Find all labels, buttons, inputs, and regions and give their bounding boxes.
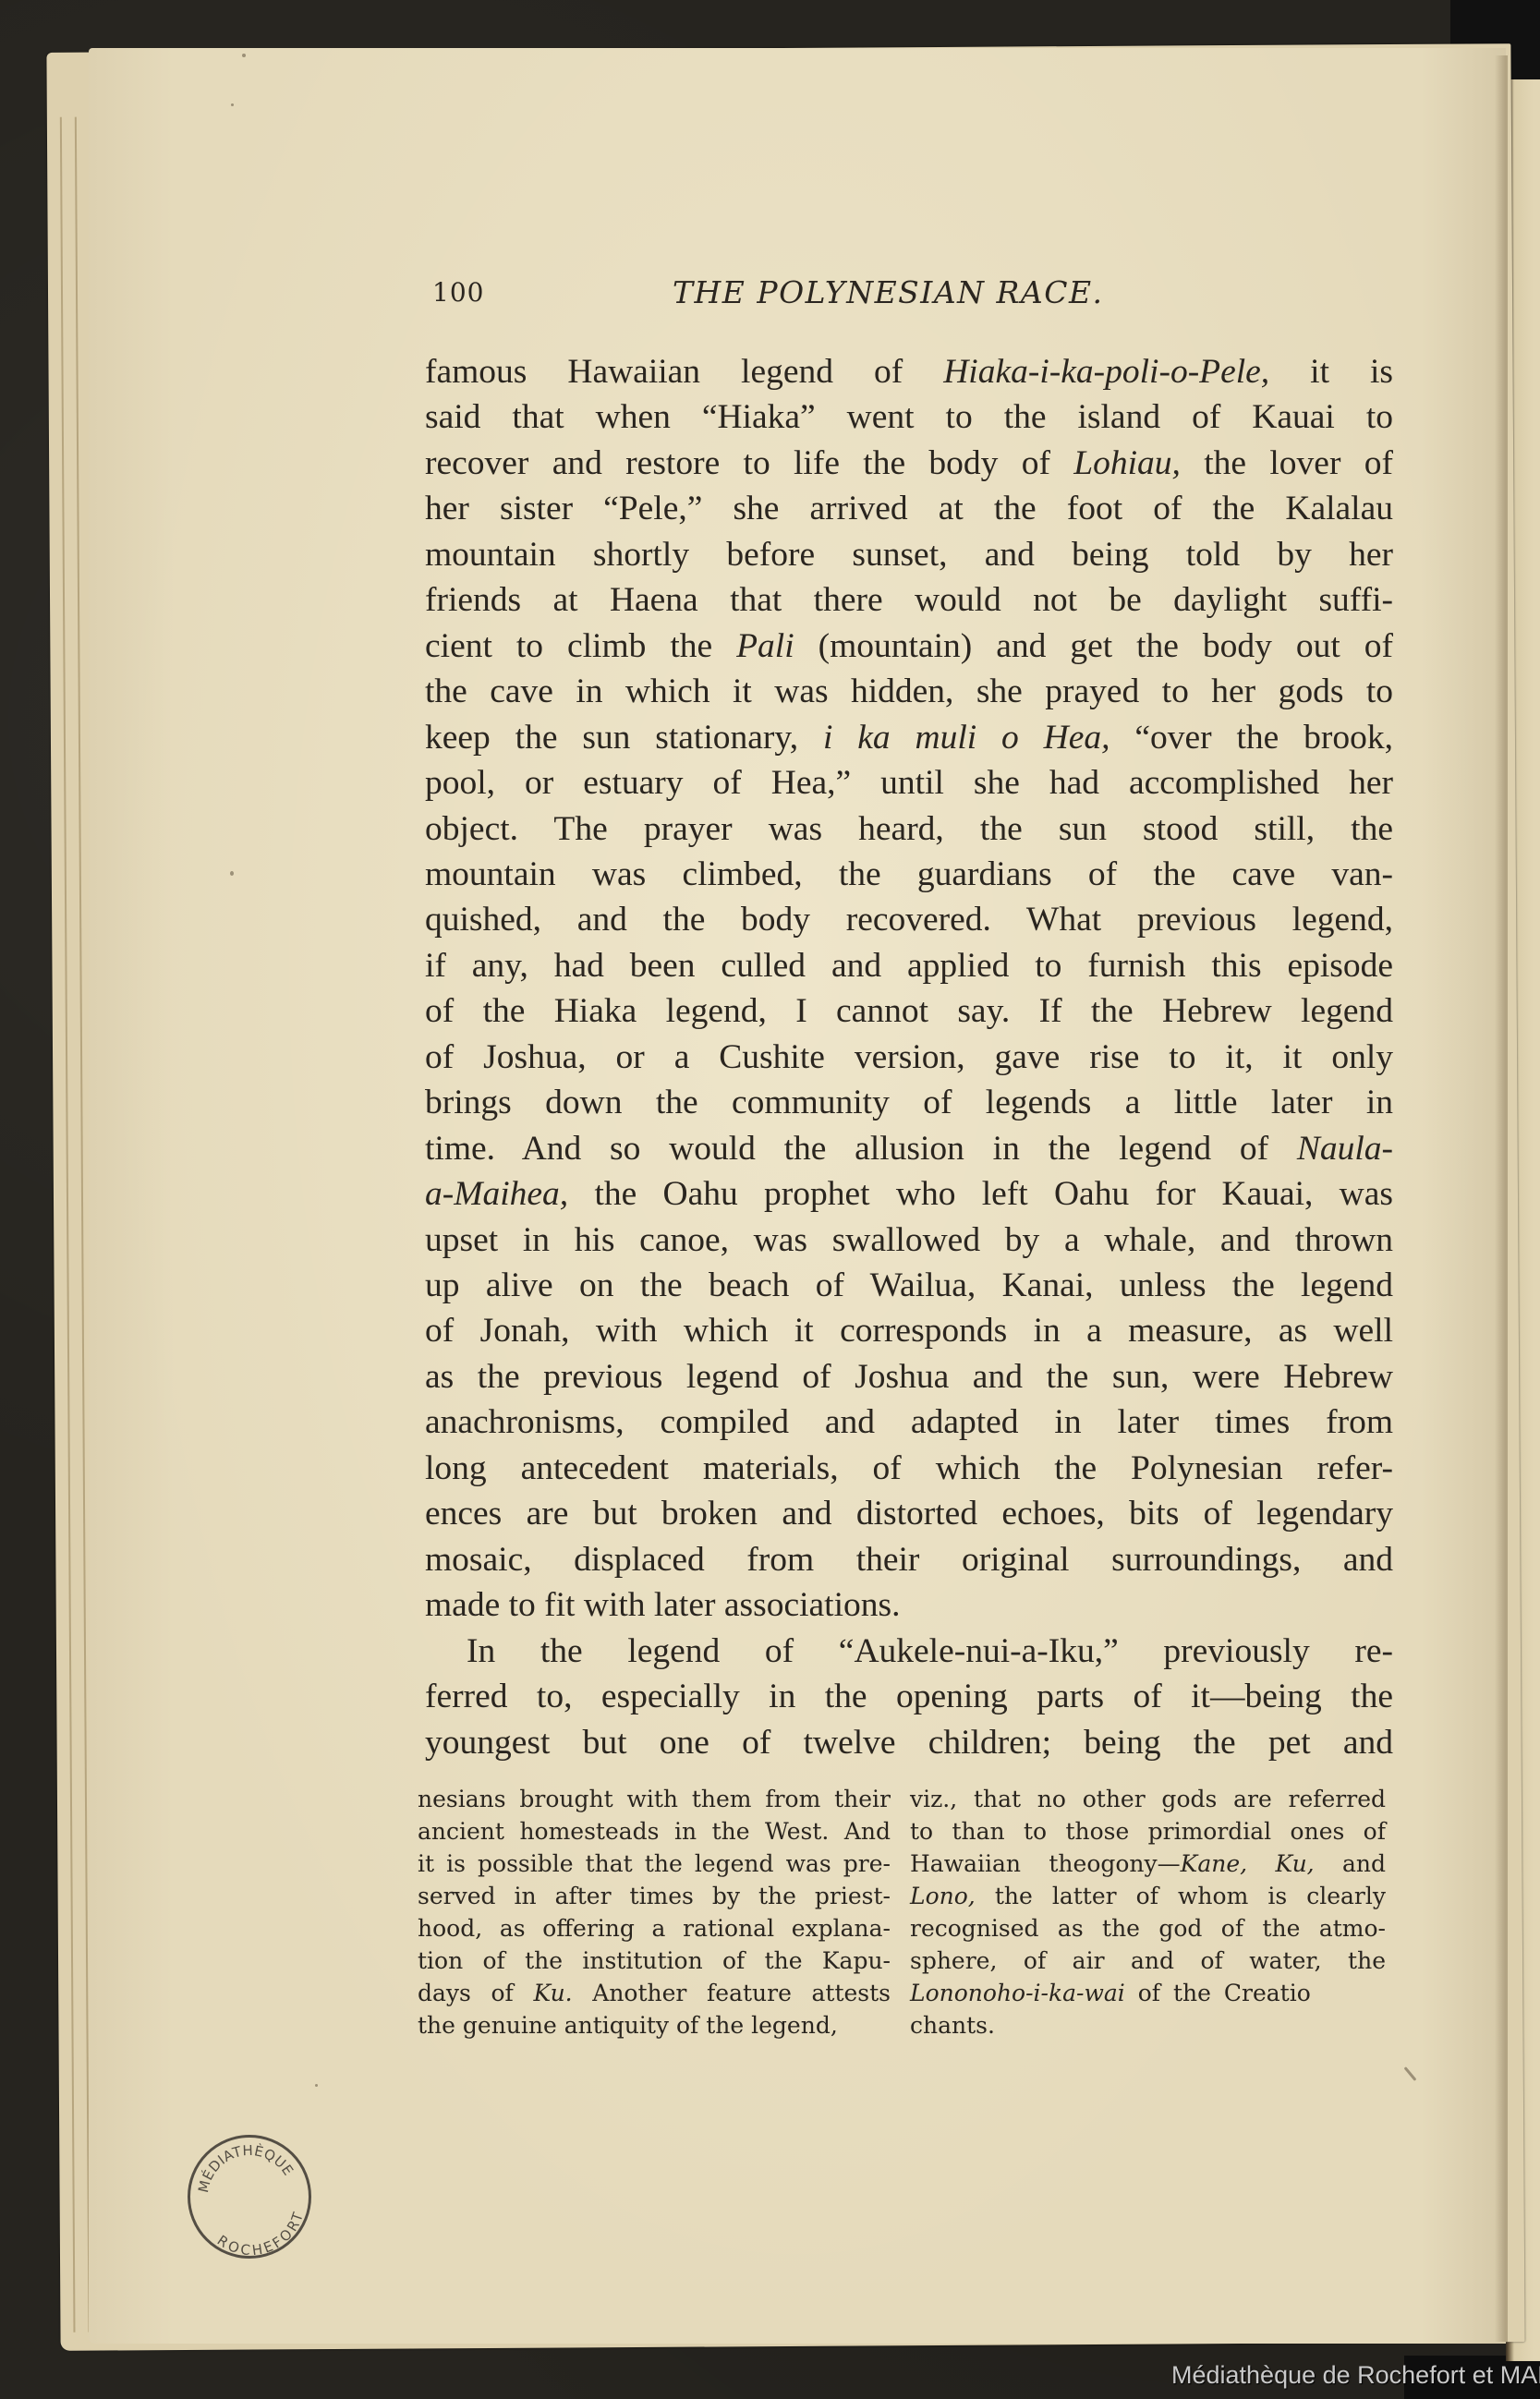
footnote-column-left: nesians brought with them from theiranci… (418, 1783, 891, 2042)
body-text-run: said that when “Hiaka” went to the islan… (425, 398, 1393, 436)
footnote-line: nesians brought with them from their (418, 1783, 891, 1815)
body-text-run: cient to climb the (425, 627, 736, 665)
footnote-text-run: recognised as the god of the atmo- (910, 1915, 1386, 1942)
body-text-run: if any, had been culled and applied to f… (425, 947, 1393, 985)
footnote-line: tion of the institution of the Kapu- (418, 1945, 891, 1977)
body-line: of Jonah, with which it corresponds in a… (425, 1310, 1393, 1352)
body-text-run: upset in his canoe, was swallowed by a w… (425, 1221, 1393, 1259)
running-head-title: THE POLYNESIAN RACE. (673, 274, 1104, 311)
body-text-run: mountain shortly before sunset, and bein… (425, 536, 1393, 574)
body-line: upset in his canoe, was swallowed by a w… (425, 1219, 1393, 1262)
footnote-line: served in after times by the priest- (418, 1880, 891, 1912)
footnote-text-run: and (1315, 1850, 1386, 1877)
body-text-run: of Joshua, or a Cushite version, gave ri… (425, 1038, 1393, 1076)
paper-speck (231, 103, 234, 106)
body-line: object. The prayer was heard, the sun st… (425, 808, 1393, 851)
footnote-text-run: Another feature attests (573, 1980, 891, 2006)
stamp-ring-text: MÉDIATHÈQUE ROCHEFORT (188, 2135, 311, 2259)
body-text-run: long antecedent materials, of which the … (425, 1449, 1393, 1487)
italic-term: i ka muli o Hea, (823, 719, 1110, 757)
body-text-run: In the legend of “Aukele-nui-a-Iku,” pre… (467, 1632, 1393, 1670)
body-text-run: her sister “Pele,” she arrived at the fo… (425, 490, 1393, 527)
body-line: time. And so would the allusion in the l… (425, 1128, 1393, 1170)
body-text-run: the lover of (1181, 444, 1393, 482)
footnote-text-run: served in after times by the priest- (418, 1883, 891, 1909)
page-edge-line (75, 117, 91, 2332)
footnote-line: to than to those primordial ones of (910, 1815, 1386, 1848)
footnote-text-run: it is possible that the legend was pre- (418, 1850, 891, 1877)
footnote-line: hood, as offering a rational explana- (418, 1912, 891, 1945)
body-line: a-Maihea, the Oahu prophet who left Oahu… (425, 1173, 1393, 1216)
italic-term: Lono, (910, 1883, 976, 1909)
footnote-text-run: chants. (910, 2012, 995, 2039)
body-line: of Joshua, or a Cushite version, gave ri… (425, 1036, 1393, 1079)
footnote-text-run: sphere, of air and of water, the (910, 1947, 1386, 1974)
body-line: In the legend of “Aukele-nui-a-Iku,” pre… (425, 1630, 1393, 1673)
body-text-run: it is (1269, 353, 1393, 391)
body-line: ferred to, especially in the opening par… (425, 1676, 1393, 1718)
italic-term: Pali (736, 627, 794, 665)
footnote-text-run: viz., that no other gods are referred (910, 1786, 1386, 1812)
footnote-column-right: viz., that no other gods are referredto … (910, 1783, 1386, 2042)
footnote-line: recognised as the god of the atmo- (910, 1912, 1386, 1945)
body-text-run: famous Hawaiian legend of (425, 353, 943, 391)
body-line: mountain shortly before sunset, and bein… (425, 534, 1393, 576)
body-line: ences are but broken and distorted echoe… (425, 1493, 1393, 1535)
body-text-run: youngest but one of twelve children; bei… (425, 1724, 1393, 1762)
footnote-line: ancient homesteads in the West. And (418, 1815, 891, 1848)
footnote-text-run: the latter of whom is clearly (976, 1883, 1386, 1909)
svg-text:ROCHEFORT: ROCHEFORT (211, 2206, 311, 2259)
stamp-bottom-text: ROCHEFORT (211, 2206, 311, 2259)
footnote-line: the genuine antiquity of the legend, (418, 2009, 891, 2042)
watermark-credit: Médiathèque de Rochefort et MAP (1171, 2361, 1540, 2390)
body-line: mountain was climbed, the guardians of t… (425, 854, 1393, 896)
body-text-run: the Oahu prophet who left Oahu for Kauai… (568, 1175, 1393, 1213)
page-edge-line (60, 117, 76, 2332)
italic-term: Naula- (1297, 1130, 1393, 1168)
gutter-shadow (1495, 55, 1508, 2342)
italic-term: Ku. (533, 1980, 572, 2006)
footnote-text-run: nesians brought with them from their (418, 1786, 891, 1812)
italic-term: Kane, Ku, (1181, 1850, 1315, 1877)
svg-text:MÉDIATHÈQUE: MÉDIATHÈQUE (188, 2135, 298, 2198)
body-text-run: brings down the community of legends a l… (425, 1084, 1393, 1121)
footnote-text-run: to than to those primordial ones of (910, 1818, 1386, 1845)
paper-speck (315, 2084, 318, 2087)
body-text-run: keep the sun stationary, (425, 719, 823, 757)
body-line: up alive on the beach of Wailua, Kanai, … (425, 1265, 1393, 1307)
body-text-run: quished, and the body recovered. What pr… (425, 901, 1393, 939)
stamp-top-text: MÉDIATHÈQUE (188, 2135, 298, 2198)
body-line: cient to climb the Pali (mountain) and g… (425, 625, 1393, 668)
library-stamp: MÉDIATHÈQUE ROCHEFORT (188, 2135, 311, 2259)
body-line: friends at Haena that there would not be… (425, 579, 1393, 622)
body-line: anachronisms, compiled and adapted in la… (425, 1401, 1393, 1444)
paper-speck (230, 871, 234, 876)
footnote-text-run: hood, as offering a rational explana- (418, 1915, 891, 1942)
footnote-line: chants. (910, 2009, 1386, 2042)
footnote-text-run: ancient homesteads in the West. And (418, 1818, 891, 1845)
body-line: of the Hiaka legend, I cannot say. If th… (425, 990, 1393, 1033)
body-text-run: up alive on the beach of Wailua, Kanai, … (425, 1266, 1393, 1304)
body-line: mosaic, displaced from their original su… (425, 1539, 1393, 1581)
body-line: recover and restore to life the body of … (425, 442, 1393, 485)
body-text-run: mosaic, displaced from their original su… (425, 1541, 1393, 1579)
body-text-run: object. The prayer was heard, the sun st… (425, 810, 1393, 848)
body-text-run: ences are but broken and distorted echoe… (425, 1495, 1393, 1533)
body-line: her sister “Pele,” she arrived at the fo… (425, 488, 1393, 530)
body-text-run: (mountain) and get the body out of (794, 627, 1393, 665)
footnote-line: Hawaiian theogony—Kane, Ku, and (910, 1848, 1386, 1880)
footnote-text-run: tion of the institution of the Kapu- (418, 1947, 891, 1974)
italic-term: Lohiau, (1073, 444, 1181, 482)
body-line: made to fit with later associations. (425, 1584, 1393, 1627)
body-text-run: ferred to, especially in the opening par… (425, 1678, 1393, 1715)
footnote-text-run: the genuine antiquity of the legend, (418, 2012, 838, 2039)
footnote-text-run: of the Creatio (1125, 1980, 1311, 2006)
footnote-line: Lono, the latter of whom is clearly (910, 1880, 1386, 1912)
italic-term: a-Maihea, (425, 1175, 568, 1213)
body-text-run: of Jonah, with which it corresponds in a… (425, 1312, 1393, 1350)
page-number: 100 (432, 277, 484, 314)
body-text-run: time. And so would the allusion in the l… (425, 1130, 1297, 1168)
footnote-line: sphere, of air and of water, the (910, 1945, 1386, 1977)
body-text-run: friends at Haena that there would not be… (425, 581, 1393, 619)
italic-term: Hiaka-i-ka-poli-o-Pele, (943, 353, 1269, 391)
body-line: said that when “Hiaka” went to the islan… (425, 396, 1393, 439)
body-line: the cave in which it was hidden, she pra… (425, 671, 1393, 713)
body-text-run: recover and restore to life the body of (425, 444, 1073, 482)
footnote-line: days of Ku. Another feature attests (418, 1977, 891, 2009)
body-text-run: anachronisms, compiled and adapted in la… (425, 1403, 1393, 1441)
italic-term: Lononoho-i-ka-wai (910, 1980, 1125, 2006)
footnote-text-run: days of (418, 1980, 533, 2006)
body-line: pool, or estuary of Hea,” until she had … (425, 762, 1393, 805)
body-line: long antecedent materials, of which the … (425, 1448, 1393, 1490)
footnote-line: it is possible that the legend was pre- (418, 1848, 891, 1880)
body-line: youngest but one of twelve children; bei… (425, 1722, 1393, 1764)
body-text-run: “over the brook, (1110, 719, 1393, 757)
body-line: famous Hawaiian legend of Hiaka-i-ka-pol… (425, 351, 1393, 394)
body-line: as the previous legend of Joshua and the… (425, 1356, 1393, 1399)
paper-speck (242, 54, 246, 57)
body-line: brings down the community of legends a l… (425, 1082, 1393, 1124)
footnote-text-run: Hawaiian theogony— (910, 1850, 1181, 1877)
footnote-line: Lononoho-i-ka-wai of the Creatio (910, 1977, 1386, 2009)
body-line: keep the sun stationary, i ka muli o Hea… (425, 717, 1393, 759)
body-text-run: made to fit with later associations. (425, 1586, 900, 1624)
body-text-run: the cave in which it was hidden, she pra… (425, 672, 1393, 710)
body-text-run: as the previous legend of Joshua and the… (425, 1358, 1393, 1396)
footnote-line: viz., that no other gods are referred (910, 1783, 1386, 1815)
body-text-run: mountain was climbed, the guardians of t… (425, 855, 1393, 893)
body-text-run: pool, or estuary of Hea,” until she had … (425, 764, 1393, 802)
body-line: if any, had been culled and applied to f… (425, 945, 1393, 987)
body-text-run: of the Hiaka legend, I cannot say. If th… (425, 992, 1393, 1030)
body-line: quished, and the body recovered. What pr… (425, 899, 1393, 941)
